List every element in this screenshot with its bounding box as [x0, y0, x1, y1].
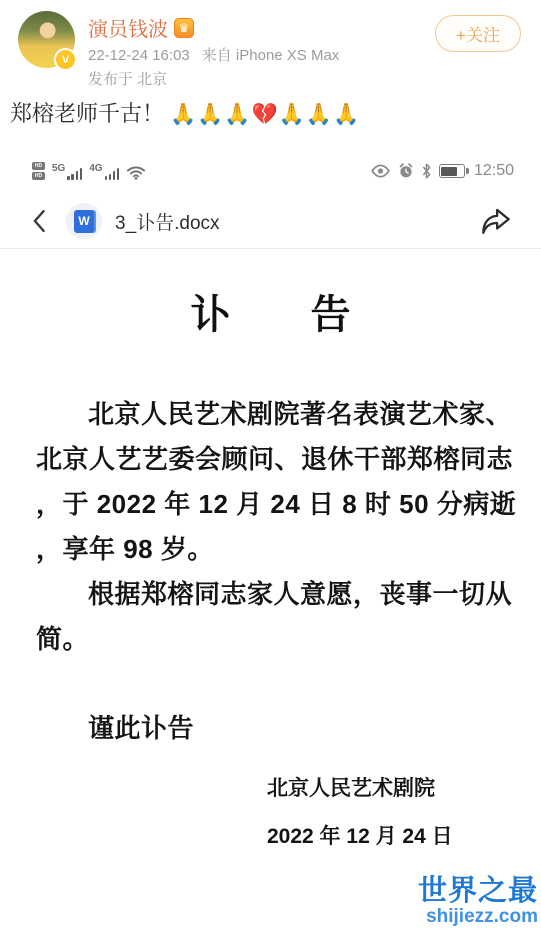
body-line: 北京人艺艺委会顾问、退休干部郑榕同志: [36, 437, 507, 482]
body-line: ，于 2022 年 12 月 24 日 8 时 50 分病逝: [36, 482, 507, 527]
watermark-title: 世界之最: [418, 877, 538, 907]
body-line: 北京人民艺术剧院著名表演艺术家、: [36, 392, 507, 437]
phone-status-bar: HD HD 5G 4G: [32, 156, 514, 186]
volte-hd-icons: HD HD: [32, 162, 45, 180]
obituary-title: 讣 告: [0, 283, 541, 340]
battery-icon: [439, 164, 465, 178]
signal-5g-icon: 5G: [52, 168, 82, 180]
post-meta: 22-12-24 16:03来自 iPhone XS Max: [88, 44, 339, 65]
back-button[interactable]: [32, 209, 46, 233]
username[interactable]: 演员钱波 ♛: [88, 13, 194, 42]
word-file-icon: W: [66, 203, 102, 239]
username-text: 演员钱波: [88, 13, 168, 42]
weibo-post-page: V 演员钱波 ♛ 22-12-24 16:03来自 iPhone XS Max …: [0, 0, 541, 930]
net-5g-label: 5G: [52, 163, 65, 174]
body-line: ，享年 98 岁。: [36, 527, 507, 572]
status-bar-left: HD HD 5G 4G: [32, 162, 146, 180]
post-text-content: 郑榕老师千古！: [10, 101, 164, 126]
watermark-url: shijiezz.com: [418, 907, 538, 926]
eye-comfort-icon: [370, 164, 391, 178]
embedded-screenshot[interactable]: HD HD 5G 4G: [0, 148, 541, 930]
document-filename: 3_讣告.docx: [115, 208, 220, 235]
signature-org: 北京人民艺术剧院: [267, 765, 453, 813]
document-viewer-header: W 3_讣告.docx: [32, 198, 511, 244]
post-text: 郑榕老师千古！ 🙏🙏🙏💔🙏🙏🙏: [10, 97, 530, 128]
word-w-glyph: W: [74, 210, 94, 233]
share-button[interactable]: [481, 208, 511, 235]
post-location: 发布于 北京: [88, 68, 167, 89]
body-line: 简。: [36, 617, 507, 662]
alarm-clock-icon: [398, 163, 414, 179]
prayer-hands-broken-heart-emojis: 🙏🙏🙏💔🙏🙏🙏: [170, 103, 360, 126]
status-bar-time: 12:50: [474, 162, 514, 180]
avatar[interactable]: V: [18, 11, 75, 68]
vip-crown-badge-icon: ♛: [174, 18, 194, 38]
signal-4g-icon: 4G: [89, 168, 119, 180]
follow-button[interactable]: +关注: [435, 15, 521, 52]
verified-v-badge-icon: V: [54, 48, 77, 71]
net-4g-label: 4G: [89, 163, 102, 174]
obituary-closing: 谨此讣告: [36, 706, 507, 751]
bluetooth-icon: [421, 163, 432, 179]
site-watermark: 世界之最 shijiezz.com: [418, 877, 538, 926]
sim2-hd-icon: HD: [32, 172, 45, 180]
post-time: 22-12-24 16:03: [88, 47, 190, 64]
body-line: 根据郑榕同志家人意愿，丧事一切从: [36, 572, 507, 617]
status-bar-right: 12:50: [370, 162, 514, 180]
obituary-body: 北京人民艺术剧院著名表演艺术家、 北京人艺艺委会顾问、退休干部郑榕同志 ，于 2…: [36, 392, 507, 751]
obituary-signature-block: 北京人民艺术剧院 2022 年 12 月 24 日: [267, 765, 453, 861]
header-divider: [0, 248, 541, 249]
post-source[interactable]: 来自 iPhone XS Max: [202, 47, 340, 64]
wifi-icon: [126, 165, 146, 180]
sim1-hd-icon: HD: [32, 162, 45, 170]
signature-date: 2022 年 12 月 24 日: [267, 813, 453, 861]
